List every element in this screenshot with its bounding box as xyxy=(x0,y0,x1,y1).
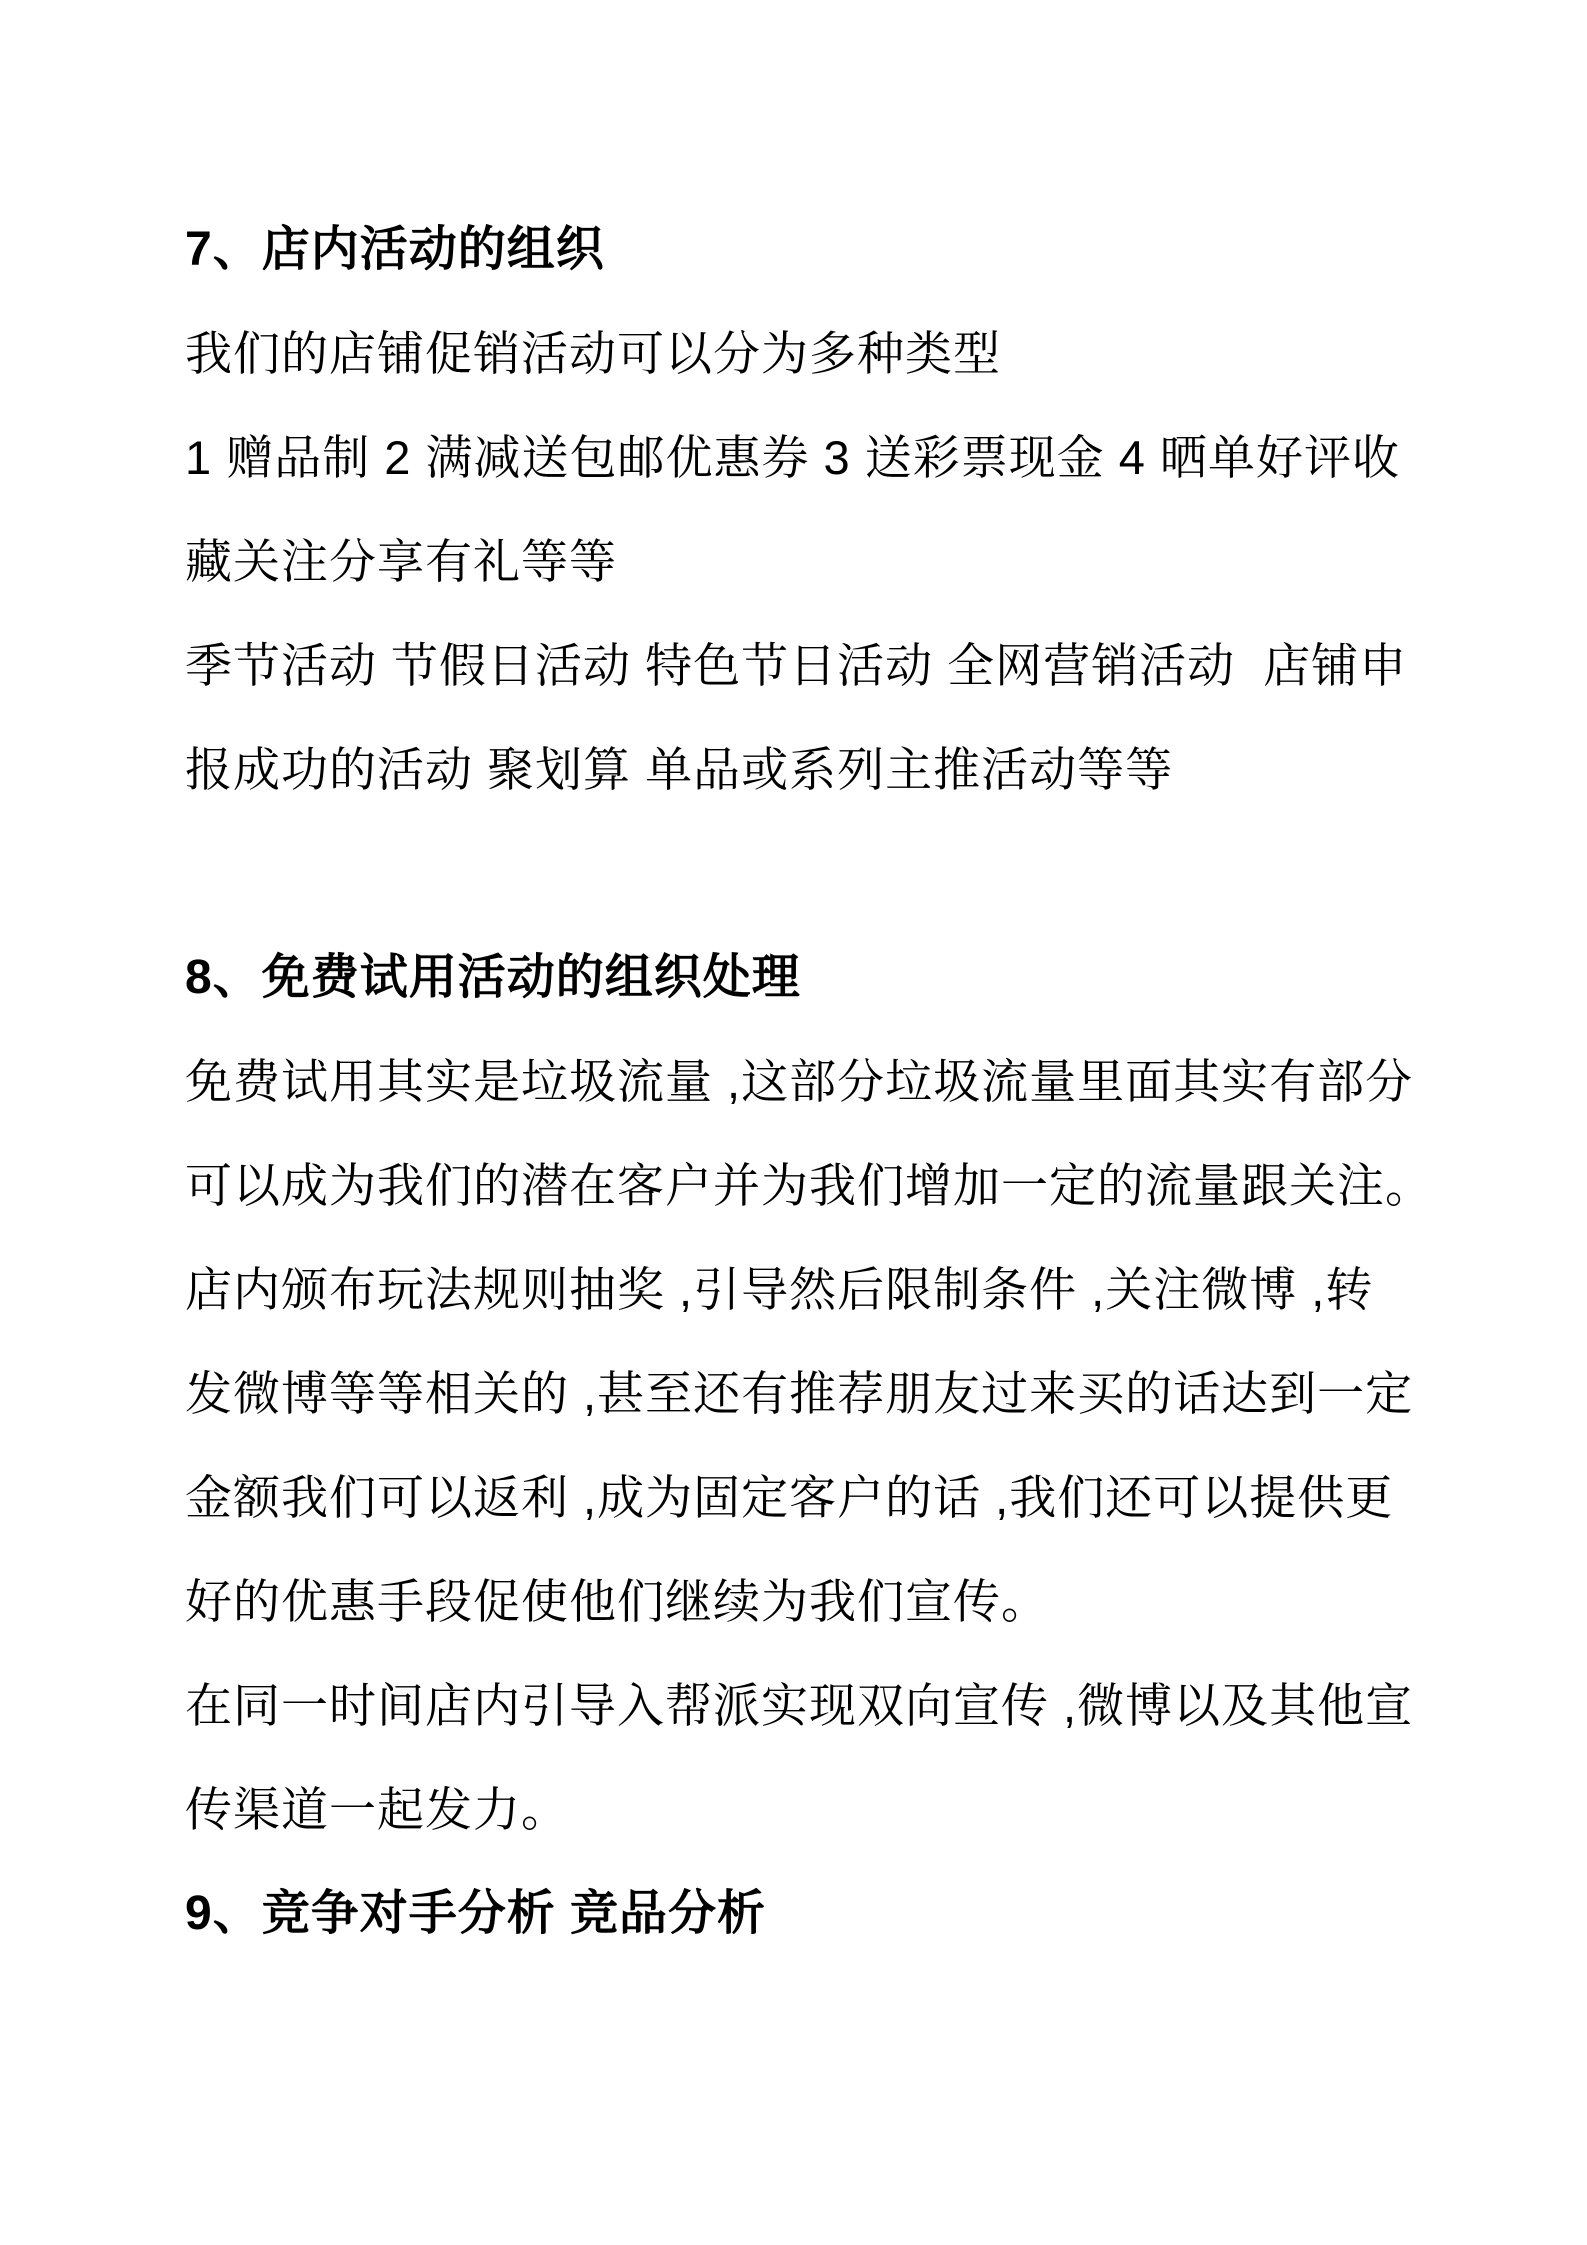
section-9-heading: 9、竞争对手分析 竞品分析 xyxy=(185,1862,1425,1966)
body-line: 报成功的活动 聚划算 单品或系列主推活动等等 xyxy=(185,718,1425,822)
body-line: 发微博等等相关的 ,甚至还有推荐朋友过来买的话达到一定 xyxy=(185,1342,1425,1446)
document-page: 7、店内活动的组织 我们的店铺促销活动可以分为多种类型 1 赠品制 2 满减送包… xyxy=(0,0,1587,2245)
body-line: 金额我们可以返利 ,成为固定客户的话 ,我们还可以提供更 xyxy=(185,1446,1425,1550)
paragraph-gap xyxy=(185,822,1425,926)
section-7-heading: 7、店内活动的组织 xyxy=(185,198,1425,302)
body-line: 好的优惠手段促使他们继续为我们宣传。 xyxy=(185,1550,1425,1654)
body-line: 可以成为我们的潜在客户并为我们增加一定的流量跟关注。 xyxy=(185,1134,1425,1238)
body-line: 1 赠品制 2 满减送包邮优惠券 3 送彩票现金 4 晒单好评收 xyxy=(185,406,1425,510)
body-line: 我们的店铺促销活动可以分为多种类型 xyxy=(185,302,1425,406)
document-body: 7、店内活动的组织 我们的店铺促销活动可以分为多种类型 1 赠品制 2 满减送包… xyxy=(185,198,1425,1966)
body-line: 店内颁布玩法规则抽奖 ,引导然后限制条件 ,关注微博 ,转 xyxy=(185,1238,1425,1342)
body-line: 免费试用其实是垃圾流量 ,这部分垃圾流量里面其实有部分 xyxy=(185,1030,1425,1134)
section-8-heading: 8、免费试用活动的组织处理 xyxy=(185,926,1425,1030)
body-line: 在同一时间店内引导入帮派实现双向宣传 ,微博以及其他宣 xyxy=(185,1654,1425,1758)
body-line: 季节活动 节假日活动 特色节日活动 全网营销活动 店铺申 xyxy=(185,614,1425,718)
body-line: 传渠道一起发力。 xyxy=(185,1758,1425,1862)
body-line: 藏关注分享有礼等等 xyxy=(185,510,1425,614)
